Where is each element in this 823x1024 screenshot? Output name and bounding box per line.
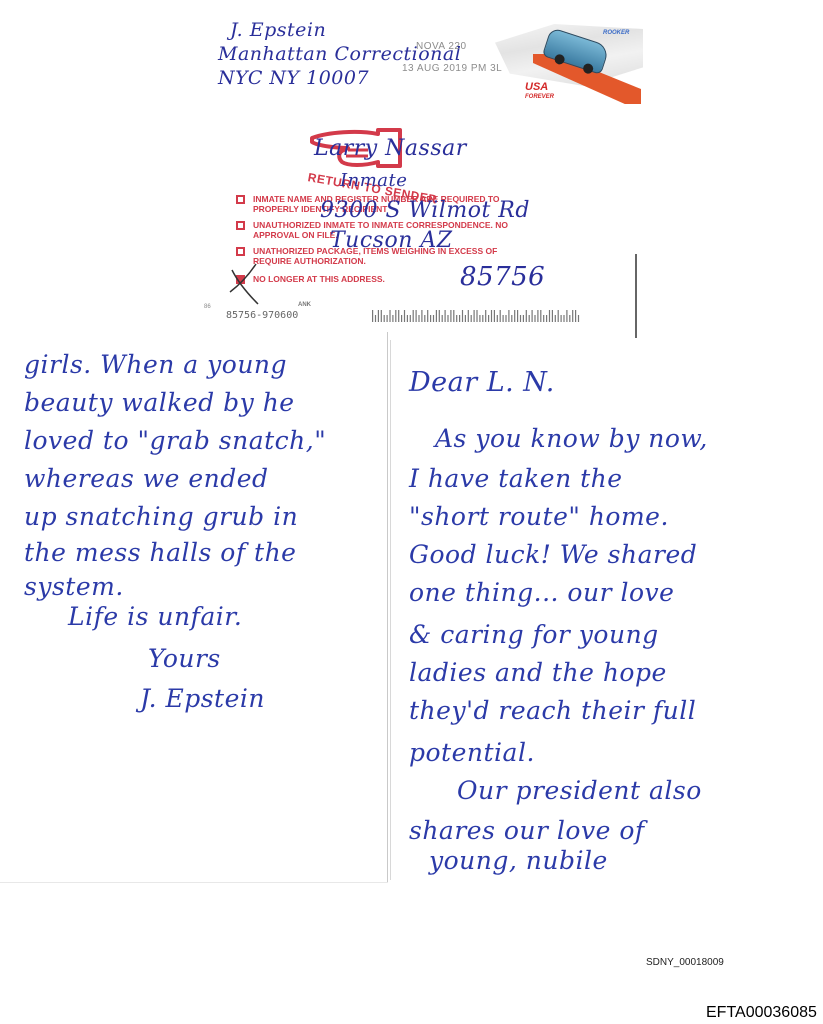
letter-signature: J. Epstein [140,684,265,714]
bates-number: SDNY_00018009 [646,957,724,968]
postal-barcode-row: 86 85756-970600 ANK [210,302,640,326]
checkbox-icon [236,195,245,204]
postcard-address-side: J. Epstein Manhattan Correctional NYC NY… [210,14,640,326]
barcode-prefix: 86 [204,304,211,310]
letter-line: one thing... our love [409,578,674,608]
letter-line: they'd reach their full [409,696,696,726]
letter-line: potential. [409,738,535,768]
letter-line: beauty walked by he [24,388,295,418]
stamp-country: USA FOREVER [525,82,554,102]
letter-line: up snatching grub in [24,502,298,532]
checkbox-icon [236,247,245,256]
letter-line: loved to "grab snatch," [24,426,326,456]
letter-line: & caring for young [409,620,659,650]
recipient-name: Larry Nassar [314,136,467,161]
postmark-location: NOVA 220 [402,36,502,58]
postal-barcode-icon [372,310,582,322]
letter-left-panel: girls. When a young beauty walked by he … [0,332,388,882]
letter-line: girls. When a young [24,350,287,380]
letter-line: whereas we ended [24,464,269,494]
recipient-city: Tucson AZ [330,228,453,253]
letter-line: Life is unfair. [68,602,242,632]
letter-line: I have taken the [409,464,623,494]
letter-line: Our president also [457,776,702,806]
barcode-zip: 85756-970600 [226,310,298,321]
letter-line: young, nubile [429,846,608,876]
efta-number: EFTA00036085 [706,1004,817,1022]
letter-line: ladies and the hope [409,658,667,688]
recipient-street: 9300 S Wilmot Rd [320,198,530,223]
letter-line: "short route" home. [409,502,669,532]
postmark: NOVA 220 13 AUG 2019 PM 3L [402,36,502,80]
recipient-title: Inmate [340,170,407,191]
letter-line: system. [24,572,124,602]
endorsement-code: ANK [298,302,311,308]
letter-line: shares our love of [409,816,645,846]
stamp-brand: ROOKER [603,30,629,36]
recipient-zip: 85756 [460,262,545,292]
letter-right-panel: Dear L. N. As you know by now, I have ta… [390,340,823,880]
letter-salutation: Dear L. N. [409,368,555,398]
checkbox-icon [236,221,245,230]
letter-line: Good luck! We shared [409,540,697,570]
postmark-date: 13 AUG 2019 PM 3L [402,58,502,80]
letter-line: the mess halls of the [24,538,296,568]
handwritten-x-mark-icon [228,262,260,306]
letter-closing: Yours [148,644,221,674]
letter-line: As you know by now, [435,424,708,454]
postage-stamp: ROOKER USA FOREVER [495,24,643,108]
stamp-denomination: FOREVER [525,92,554,102]
